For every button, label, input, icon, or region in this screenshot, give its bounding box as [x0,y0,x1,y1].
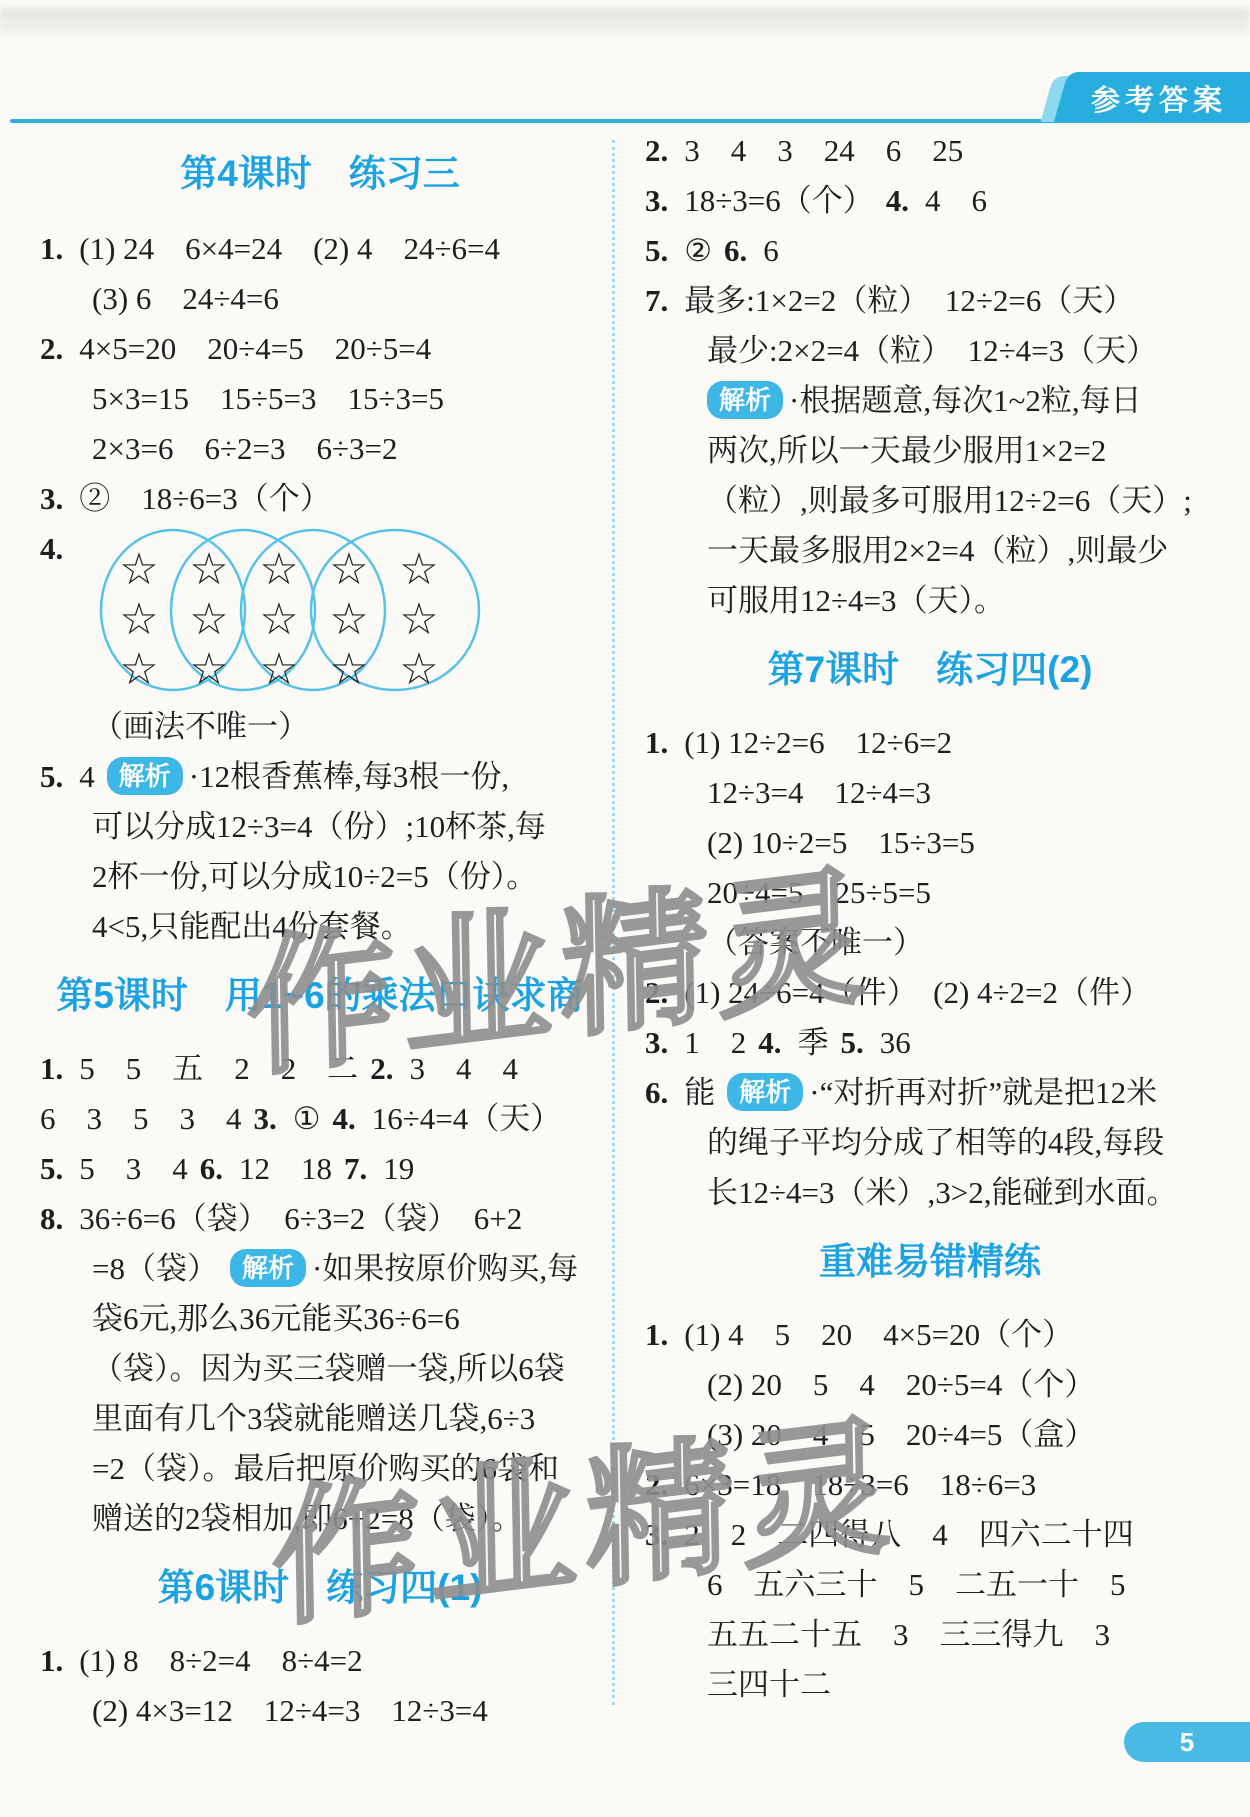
answer-row: (2) 10÷2=5 15÷3=5 [645,818,1215,868]
analysis-badge: 解析 [230,1249,306,1287]
item-number: 1. [40,231,63,266]
answer-text: 36 [880,1025,911,1060]
answer-text: 6×3=18 18÷3=6 18÷6=3 [684,1467,1036,1502]
item-number: 2. [645,975,668,1010]
answer-row: 三四十二 [645,1660,1215,1710]
answer-text: 最少:2×2=4（粒） 12÷4=3（天） [707,333,1157,368]
answer-text: 可服用12÷4=3（天）。 [707,583,1005,618]
star-icon: ☆ [120,545,159,594]
answer-row: （答案不唯一） [645,918,1215,968]
item-number: 2. [40,331,63,366]
answer-text: =8（袋） [92,1251,218,1286]
answer-text: 长12÷4=3（米）,3>2,能碰到水面。 [707,1175,1177,1210]
section-heading-key-practice: 重难易错精练 [645,1238,1215,1286]
answer-row: 2×3=6 6÷2=3 6÷3=2 [40,424,600,474]
answer-text: 3 4 4 [410,1051,519,1086]
answer-row: 8.36÷6=6（袋） 6÷3=2（袋） 6+2 [40,1194,600,1244]
item-number: 3. [40,481,63,516]
answer-text: (2) 20 5 4 20÷5=4（个） [707,1367,1095,1402]
item-number: 3. [645,1517,668,1552]
answer-row: 五五二十五 3 三三得九 3 [645,1610,1215,1660]
answer-row: （画法不唯一） [40,702,600,752]
answer-row: 1.(1) 24 6×4=24 (2) 4 24÷6=4 [40,224,600,274]
section-heading-lesson5: 第5课时 用1~6的乘法口诀求商 [40,972,600,1020]
star-icon: ☆ [190,545,229,594]
answer-text: （粒）,则最多可服用12÷2=6（天）; [707,483,1192,518]
answer-row: 1.(1) 12÷2=6 12÷6=2 [645,718,1215,768]
answer-row: 赠送的2袋相加,即6+2=8（袋）。 [40,1494,600,1544]
item-number: 4. [886,183,909,218]
answer-text: (1) 8 8÷2=4 8÷4=2 [79,1643,362,1678]
star-icon: ☆ [260,595,299,644]
answer-text: 18÷3=6（个） [684,183,874,218]
answer-text: 5×3=15 15÷5=3 15÷3=5 [92,381,444,416]
answer-text: 6 [763,233,779,268]
star-icon: ☆ [120,645,159,694]
answer-text: 6 五六三十 5 二五一十 5 [707,1567,1126,1602]
item-number: 8. [40,1201,63,1236]
answer-row: (2) 20 5 4 20÷5=4（个） [645,1360,1215,1410]
answer-text: 12÷3=4 12÷4=3 [707,775,931,810]
answer-row: 6 五六三十 5 二五一十 5 [645,1560,1215,1610]
scan-edge-shading [0,8,1250,36]
answer-row: 1.5 5 五 2 2 二2.3 4 4 [40,1044,600,1094]
answer-text: ·“对折再对折”就是把12米 [809,1075,1157,1110]
page-corner-tab: 参考答案 [1045,70,1250,122]
answer-text: 2 2 二四得八 4 四六二十四 [684,1517,1134,1552]
answer-row: (2) 4×3=12 12÷4=3 12÷3=4 [40,1686,600,1736]
answer-text: 可以分成12÷3=4（份）;10杯茶,每 [92,809,546,844]
answer-text: 能 [684,1075,715,1110]
item-number: 5. [40,759,63,794]
section-heading-lesson7: 第7课时 练习四(2) [645,646,1215,694]
answer-text: 4<5,只能配出4份套餐。 [92,909,412,944]
item-number: 4. [333,1101,356,1136]
answer-text: 三四十二 [707,1667,831,1702]
star-icon: ☆ [190,645,229,694]
answer-text: 5 5 五 2 2 二 [79,1051,358,1086]
column-divider [612,140,615,1705]
item-number: 3. [645,1025,668,1060]
answer-text: (3) 6 24÷4=6 [92,281,279,316]
answer-row: 20÷4=5 25÷5=5 [645,868,1215,918]
answer-text: ·如果按原价购买,每 [312,1251,578,1286]
answer-text: 的绳子平均分成了相等的4段,每段 [707,1125,1164,1160]
answer-text: 1 2 [684,1025,746,1060]
answer-text: 里面有几个3袋就能赠送几袋,6÷3 [92,1401,535,1436]
answer-text: 4×5=20 20÷4=5 20÷5=4 [79,331,431,366]
answer-row: 4<5,只能配出4份套餐。 [40,902,600,952]
answer-text: 6 3 5 3 4 [40,1101,242,1136]
answer-text: 2×3=6 6÷2=3 6÷3=2 [92,431,397,466]
item-number: 2. [370,1051,393,1086]
item-number: 5. [645,233,668,268]
answer-text: 2杯一份,可以分成10÷2=5（份）。 [92,859,537,894]
item-number: 1. [645,725,668,760]
answer-text: (1) 4 5 20 4×5=20（个） [684,1317,1073,1352]
answer-row: 3.1 24.季5.36 [645,1018,1215,1068]
answer-text: (2) 10÷2=5 15÷3=5 [707,825,975,860]
answer-row: 3.② 18÷6=3（个） [40,474,600,524]
tab-title: 参考答案 [1091,78,1227,119]
section-heading-lesson6: 第6课时 练习四(1) [40,1564,600,1612]
right-column: 2.3 4 3 24 6 25 3.18÷3=6（个）4.4 6 5.②6.6 … [645,126,1215,1710]
item-number: 1. [40,1643,63,1678]
answer-text: （答案不唯一） [707,925,924,960]
answer-text: 20÷4=5 25÷5=5 [707,875,931,910]
answer-row: 2.3 4 3 24 6 25 [645,126,1215,176]
star-icon: ☆ [400,645,439,694]
answer-text: 4 6 [925,183,987,218]
item-number: 5. [841,1025,864,1060]
answer-text: (2) 4×3=12 12÷4=3 12÷3=4 [92,1693,488,1728]
star-icon: ☆ [400,595,439,644]
answer-text: （袋）。因为买三袋赠一袋,所以6袋 [92,1351,565,1386]
answer-row: 2.(1) 24÷6=4（件） (2) 4÷2=2（件） [645,968,1215,1018]
answer-row: 7.最多:1×2=2（粒） 12÷2=6（天） [645,276,1215,326]
item-number: 7. [645,283,668,318]
answer-row: 长12÷4=3（米）,3>2,能碰到水面。 [645,1168,1215,1218]
circle-grouping-diagram-row: 4. ☆ ☆ ☆ ☆ ☆ ☆ ☆ ☆ ☆ ☆ ☆ ☆ ☆ ☆ ☆ [40,524,600,702]
answer-text: ·根据题意,每次1~2粒,每日 [789,383,1142,418]
item-number: 2. [645,133,668,168]
answer-text: 最多:1×2=2（粒） 12÷2=6（天） [684,283,1134,318]
star-icon: ☆ [260,545,299,594]
item-number: 6. [645,1075,668,1110]
item-number: 7. [344,1151,367,1186]
answer-row: 6 3 5 3 43.①4.16÷4=4（天） [40,1094,600,1144]
answer-row: 1.(1) 8 8÷2=4 8÷4=2 [40,1636,600,1686]
answer-row: 袋6元,那么36元能买36÷6=6 [40,1294,600,1344]
item-number: 1. [40,1051,63,1086]
answer-row: 1.(1) 4 5 20 4×5=20（个） [645,1310,1215,1360]
answer-text: ·12根香蕉棒,每3根一份, [189,759,509,794]
item-number: 6. [724,233,747,268]
answer-row: 3.2 2 二四得八 4 四六二十四 [645,1510,1215,1560]
answer-text: ① [293,1101,321,1136]
answer-text: 季 [798,1025,829,1060]
answer-row: (3) 20 4 5 20÷4=5（盒） [645,1410,1215,1460]
item-number: 3. [645,183,668,218]
answer-text: 36÷6=6（袋） 6÷3=2（袋） 6+2 [79,1201,522,1236]
answer-row: 里面有几个3袋就能赠送几袋,6÷3 [40,1394,600,1444]
answer-row: 最少:2×2=4（粒） 12÷4=3（天） [645,326,1215,376]
star-icon: ☆ [400,545,439,594]
analysis-badge: 解析 [107,757,183,795]
page-number-badge: 5 [1124,1722,1250,1762]
answer-row: 两次,所以一天最少服用1×2=2 [645,426,1215,476]
answer-text: （画法不唯一） [92,709,309,744]
answer-text: 16÷4=4（天） [372,1101,562,1136]
answer-row: =2（袋）。最后把原价购买的6袋和 [40,1444,600,1494]
star-icon: ☆ [260,645,299,694]
answer-text: (1) 12÷2=6 12÷6=2 [684,725,952,760]
answer-row: 的绳子平均分成了相等的4段,每段 [645,1118,1215,1168]
answer-text: 两次,所以一天最少服用1×2=2 [707,433,1106,468]
answer-row: (3) 6 24÷4=6 [40,274,600,324]
answer-text: 五五二十五 3 三三得九 3 [707,1617,1110,1652]
circle-grouping-diagram: ☆ ☆ ☆ ☆ ☆ ☆ ☆ ☆ ☆ ☆ ☆ ☆ ☆ ☆ ☆ [97,524,497,696]
answer-row: 2.4×5=20 20÷4=5 20÷5=4 [40,324,600,374]
answer-row: 3.18÷3=6（个）4.4 6 [645,176,1215,226]
analysis-badge: 解析 [727,1073,803,1111]
answer-row: 可服用12÷4=3（天）。 [645,576,1215,626]
answer-text: ② 18÷6=3（个） [79,481,331,516]
left-column: 第4课时 练习三 1.(1) 24 6×4=24 (2) 4 24÷6=4 (3… [40,148,600,1736]
item-number: 1. [645,1317,668,1352]
answer-text: 5 3 4 [79,1151,188,1186]
answer-row: 6.能解析·“对折再对折”就是把12米 [645,1068,1215,1118]
answer-row: 解析·根据题意,每次1~2粒,每日 [645,376,1215,426]
answer-row: 一天最多服用2×2=4（粒）,则最少 [645,526,1215,576]
section-heading-lesson4: 第4课时 练习三 [40,150,600,198]
star-icon: ☆ [190,595,229,644]
answer-text: 3 4 3 24 6 25 [684,133,963,168]
answer-row: （袋）。因为买三袋赠一袋,所以6袋 [40,1344,600,1394]
star-icon: ☆ [330,595,369,644]
item-number: 4. [758,1025,781,1060]
answer-row: （粒）,则最多可服用12÷2=6（天）; [645,476,1215,526]
answer-text: 袋6元,那么36元能买36÷6=6 [92,1301,460,1336]
star-icon: ☆ [330,545,369,594]
answer-text: (1) 24÷6=4（件） (2) 4÷2=2（件） [684,975,1151,1010]
item-number: 4. [40,524,63,574]
item-number: 2. [645,1467,668,1502]
answer-row: 5.5 3 46.12 187.19 [40,1144,600,1194]
answer-text: 一天最多服用2×2=4（粒）,则最少 [707,533,1168,568]
item-number: 5. [40,1151,63,1186]
answer-text: (1) 24 6×4=24 (2) 4 24÷6=4 [79,231,500,266]
answer-text: 19 [383,1151,414,1186]
answer-row: 12÷3=4 12÷4=3 [645,768,1215,818]
analysis-badge: 解析 [707,381,783,419]
item-number: 6. [200,1151,223,1186]
answer-row: 可以分成12÷3=4（份）;10杯茶,每 [40,802,600,852]
answer-row: =8（袋）解析·如果按原价购买,每 [40,1244,600,1294]
answer-text: ② [684,233,712,268]
answer-row: 2杯一份,可以分成10÷2=5（份）。 [40,852,600,902]
star-icon: ☆ [330,645,369,694]
answer-row: 5.②6.6 [645,226,1215,276]
answer-row: 5.4解析·12根香蕉棒,每3根一份, [40,752,600,802]
answer-text: 4 [79,759,95,794]
answer-text: 赠送的2袋相加,即6+2=8（袋）。 [92,1501,522,1536]
star-icon: ☆ [120,595,159,644]
answer-text: 12 18 [239,1151,332,1186]
answer-text: =2（袋）。最后把原价购买的6袋和 [92,1451,559,1486]
answer-text: (3) 20 4 5 20÷4=5（盒） [707,1417,1095,1452]
answer-row: 2.6×3=18 18÷3=6 18÷6=3 [645,1460,1215,1510]
answer-row: 5×3=15 15÷5=3 15÷3=5 [40,374,600,424]
item-number: 3. [254,1101,277,1136]
